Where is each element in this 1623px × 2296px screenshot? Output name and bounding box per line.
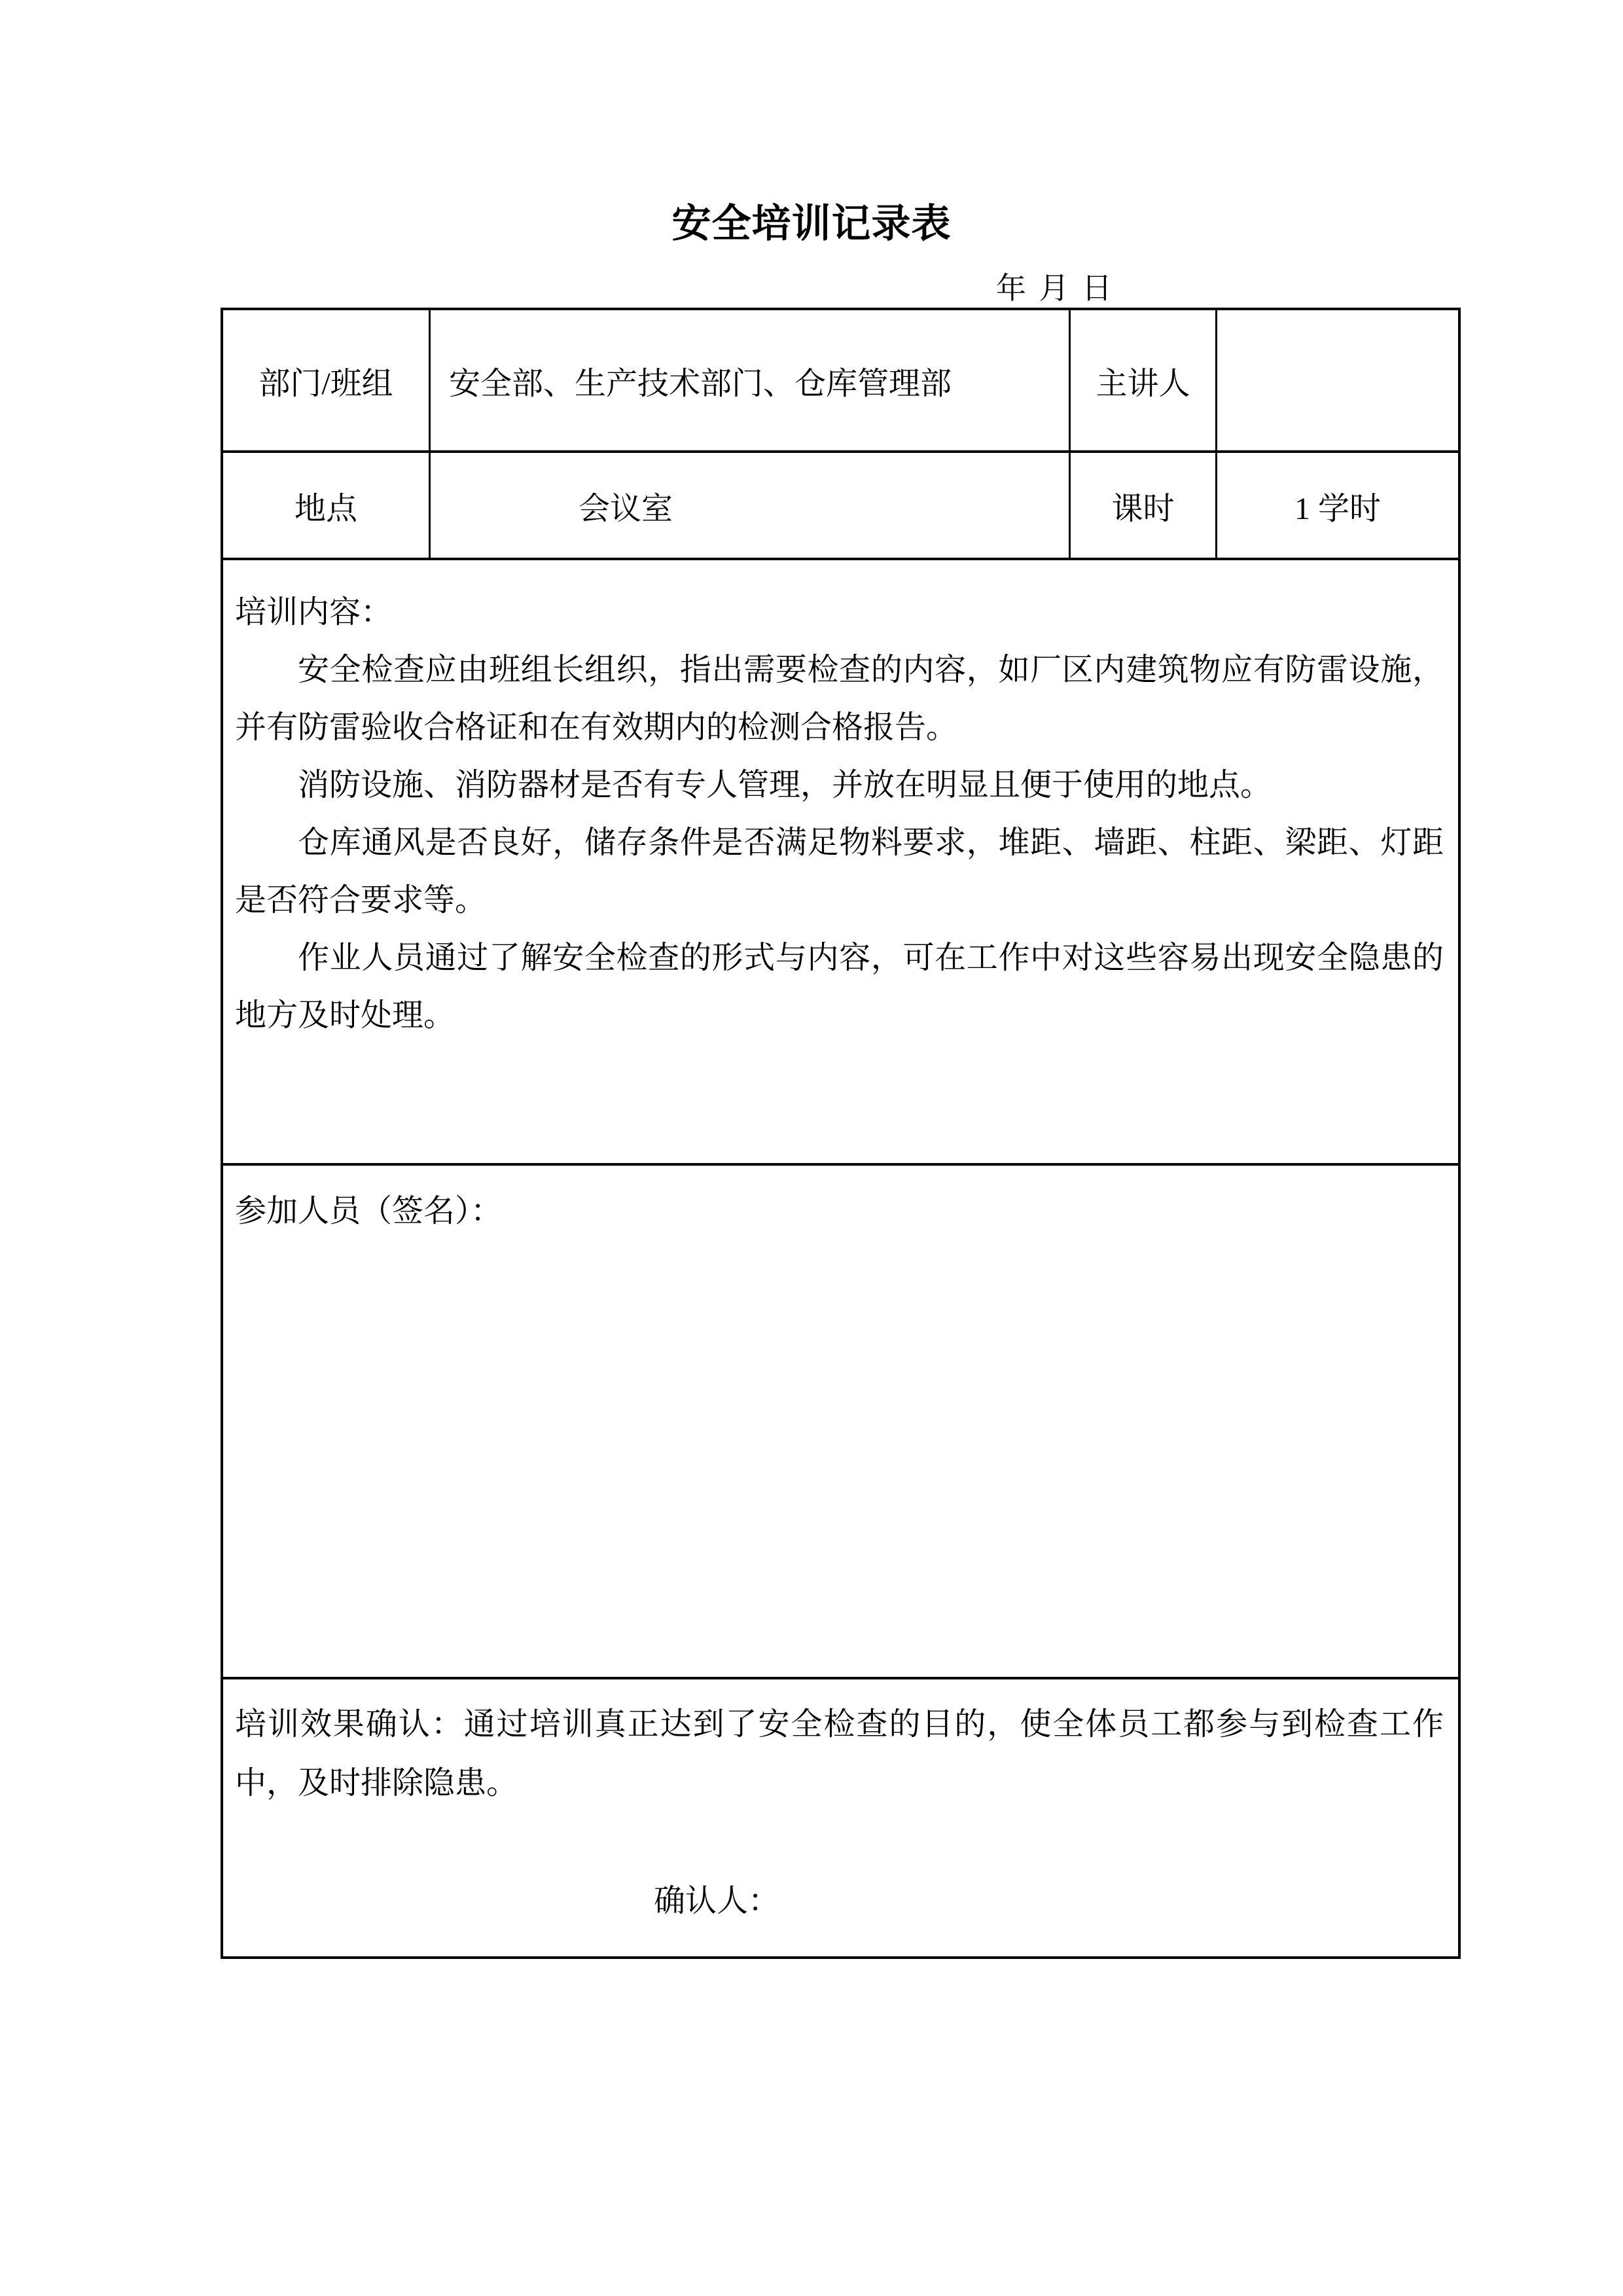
training-content-label: 培训内容： — [235, 584, 1444, 641]
class-hours-label: 课时 — [1069, 453, 1215, 558]
training-content-paragraph: 作业人员通过了解安全检查的形式与内容，可在工作中对这些容易出现安全隐患的地方及时… — [235, 929, 1444, 1045]
table-row-effect-confirmation: 培训效果确认：通过培训真正达到了安全检查的目的，使全体员工都参与到检查工作中，及… — [223, 1677, 1458, 1956]
department-label: 部门/班组 — [223, 310, 429, 450]
effect-confirmation-text: 培训效果确认：通过培训真正达到了安全检查的目的，使全体员工都参与到检查工作中，及… — [235, 1695, 1444, 1813]
confirmer-label: 确认人： — [654, 1872, 1444, 1931]
training-content-paragraph: 安全检查应由班组长组织，指出需要检查的内容，如厂区内建筑物应有防雷设施，并有防雷… — [235, 641, 1444, 757]
table-row-participants: 参加人员（签名）： — [223, 1163, 1458, 1677]
speaker-value — [1215, 310, 1458, 450]
table-row-department: 部门/班组 安全部、生产技术部门、仓库管理部 主讲人 — [223, 310, 1458, 450]
training-content-paragraph: 消防设施、消防器材是否有专人管理，并放在明显且便于使用的地点。 — [235, 757, 1444, 814]
document-page: 安全培训记录表 年 月 日 部门/班组 安全部、生产技术部门、仓库管理部 主讲人… — [0, 0, 1623, 2296]
training-record-table: 部门/班组 安全部、生产技术部门、仓库管理部 主讲人 地点 会议室 课时 1 学… — [221, 308, 1461, 1959]
table-row-location: 地点 会议室 课时 1 学时 — [223, 450, 1458, 558]
class-hours-value: 1 学时 — [1215, 453, 1458, 558]
training-content-paragraph: 仓库通风是否良好，储存条件是否满足物料要求，堆距、墙距、柱距、梁距、灯距是否符合… — [235, 814, 1444, 929]
page-title: 安全培训记录表 — [0, 198, 1623, 250]
location-value: 会议室 — [429, 453, 1069, 558]
date-line: 年 月 日 — [996, 271, 1112, 306]
table-row-training-content: 培训内容： 安全检查应由班组长组织，指出需要检查的内容，如厂区内建筑物应有防雷设… — [223, 558, 1458, 1163]
department-value: 安全部、生产技术部门、仓库管理部 — [429, 310, 1069, 450]
participants-signature-label: 参加人员（签名）： — [235, 1194, 502, 1229]
location-label: 地点 — [223, 453, 429, 558]
speaker-label: 主讲人 — [1069, 310, 1215, 450]
